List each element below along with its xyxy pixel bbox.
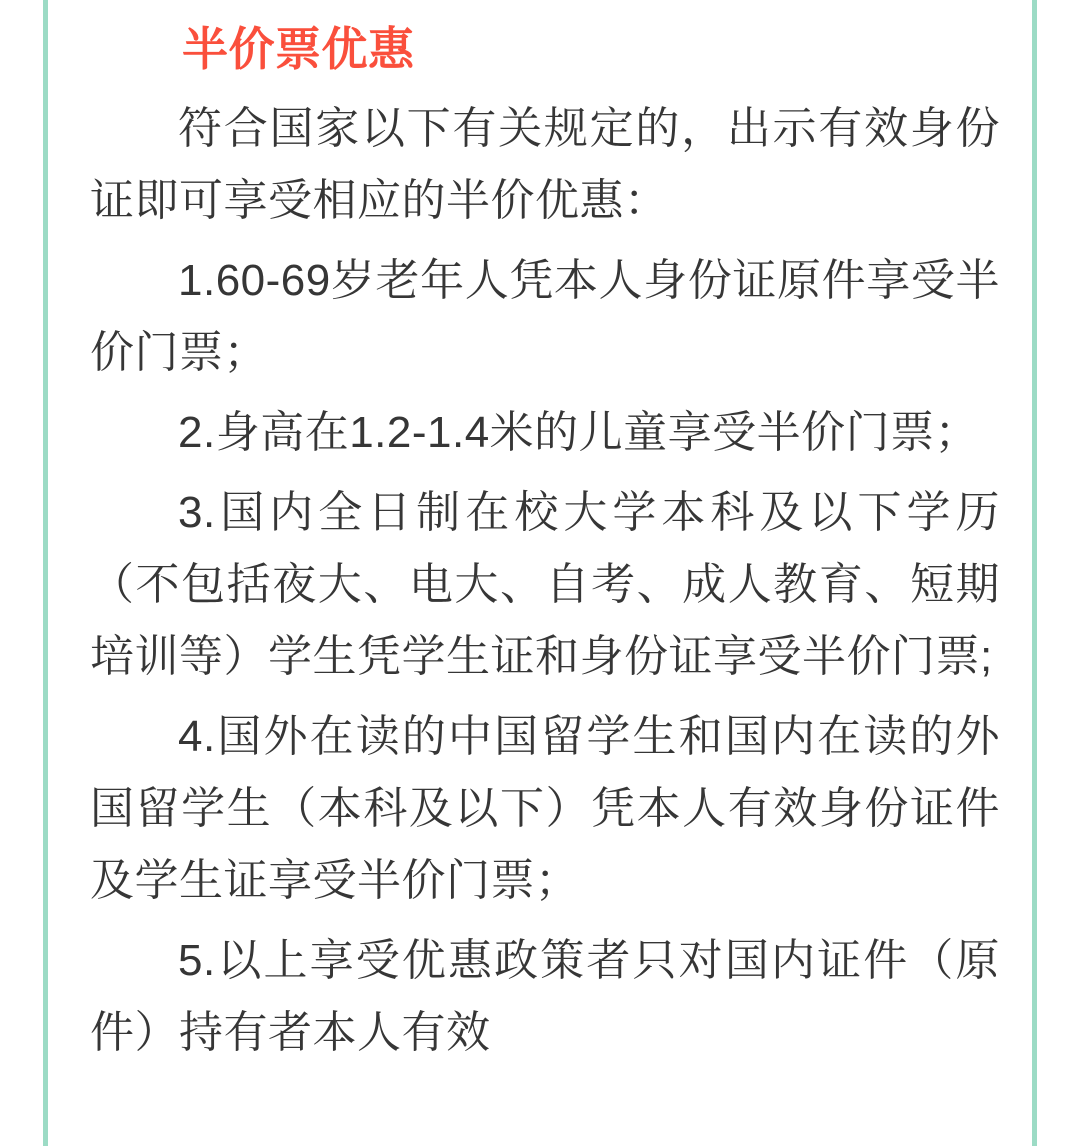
paragraph: 5.以上享受优惠政策者只对国内证件（原件）持有者本人有效: [90, 925, 1000, 1069]
paragraph: 1.60-69岁老年人凭本人身份证原件享受半价门票；: [90, 245, 1000, 389]
left-border-line: [43, 0, 48, 1146]
paragraph: 符合国家以下有关规定的，出示有效身份证即可享受相应的半价优惠：: [90, 93, 1000, 237]
paragraph: 4.国外在读的中国留学生和国内在读的外国留学生（本科及以下）凭本人有效身份证件及…: [90, 701, 1000, 917]
paragraph-list: 符合国家以下有关规定的，出示有效身份证即可享受相应的半价优惠： 1.60-69岁…: [90, 93, 1000, 1069]
paragraph: 3.国内全日制在校大学本科及以下学历（不包括夜大、电大、自考、成人教育、短期培训…: [90, 477, 1000, 693]
section-heading: 半价票优惠: [90, 13, 1000, 85]
article-body: 半价票优惠 符合国家以下有关规定的，出示有效身份证即可享受相应的半价优惠： 1.…: [90, 13, 1000, 1069]
paragraph: 2.身高在1.2-1.4米的儿童享受半价门票；: [90, 397, 1000, 469]
right-border-line: [1032, 0, 1037, 1146]
